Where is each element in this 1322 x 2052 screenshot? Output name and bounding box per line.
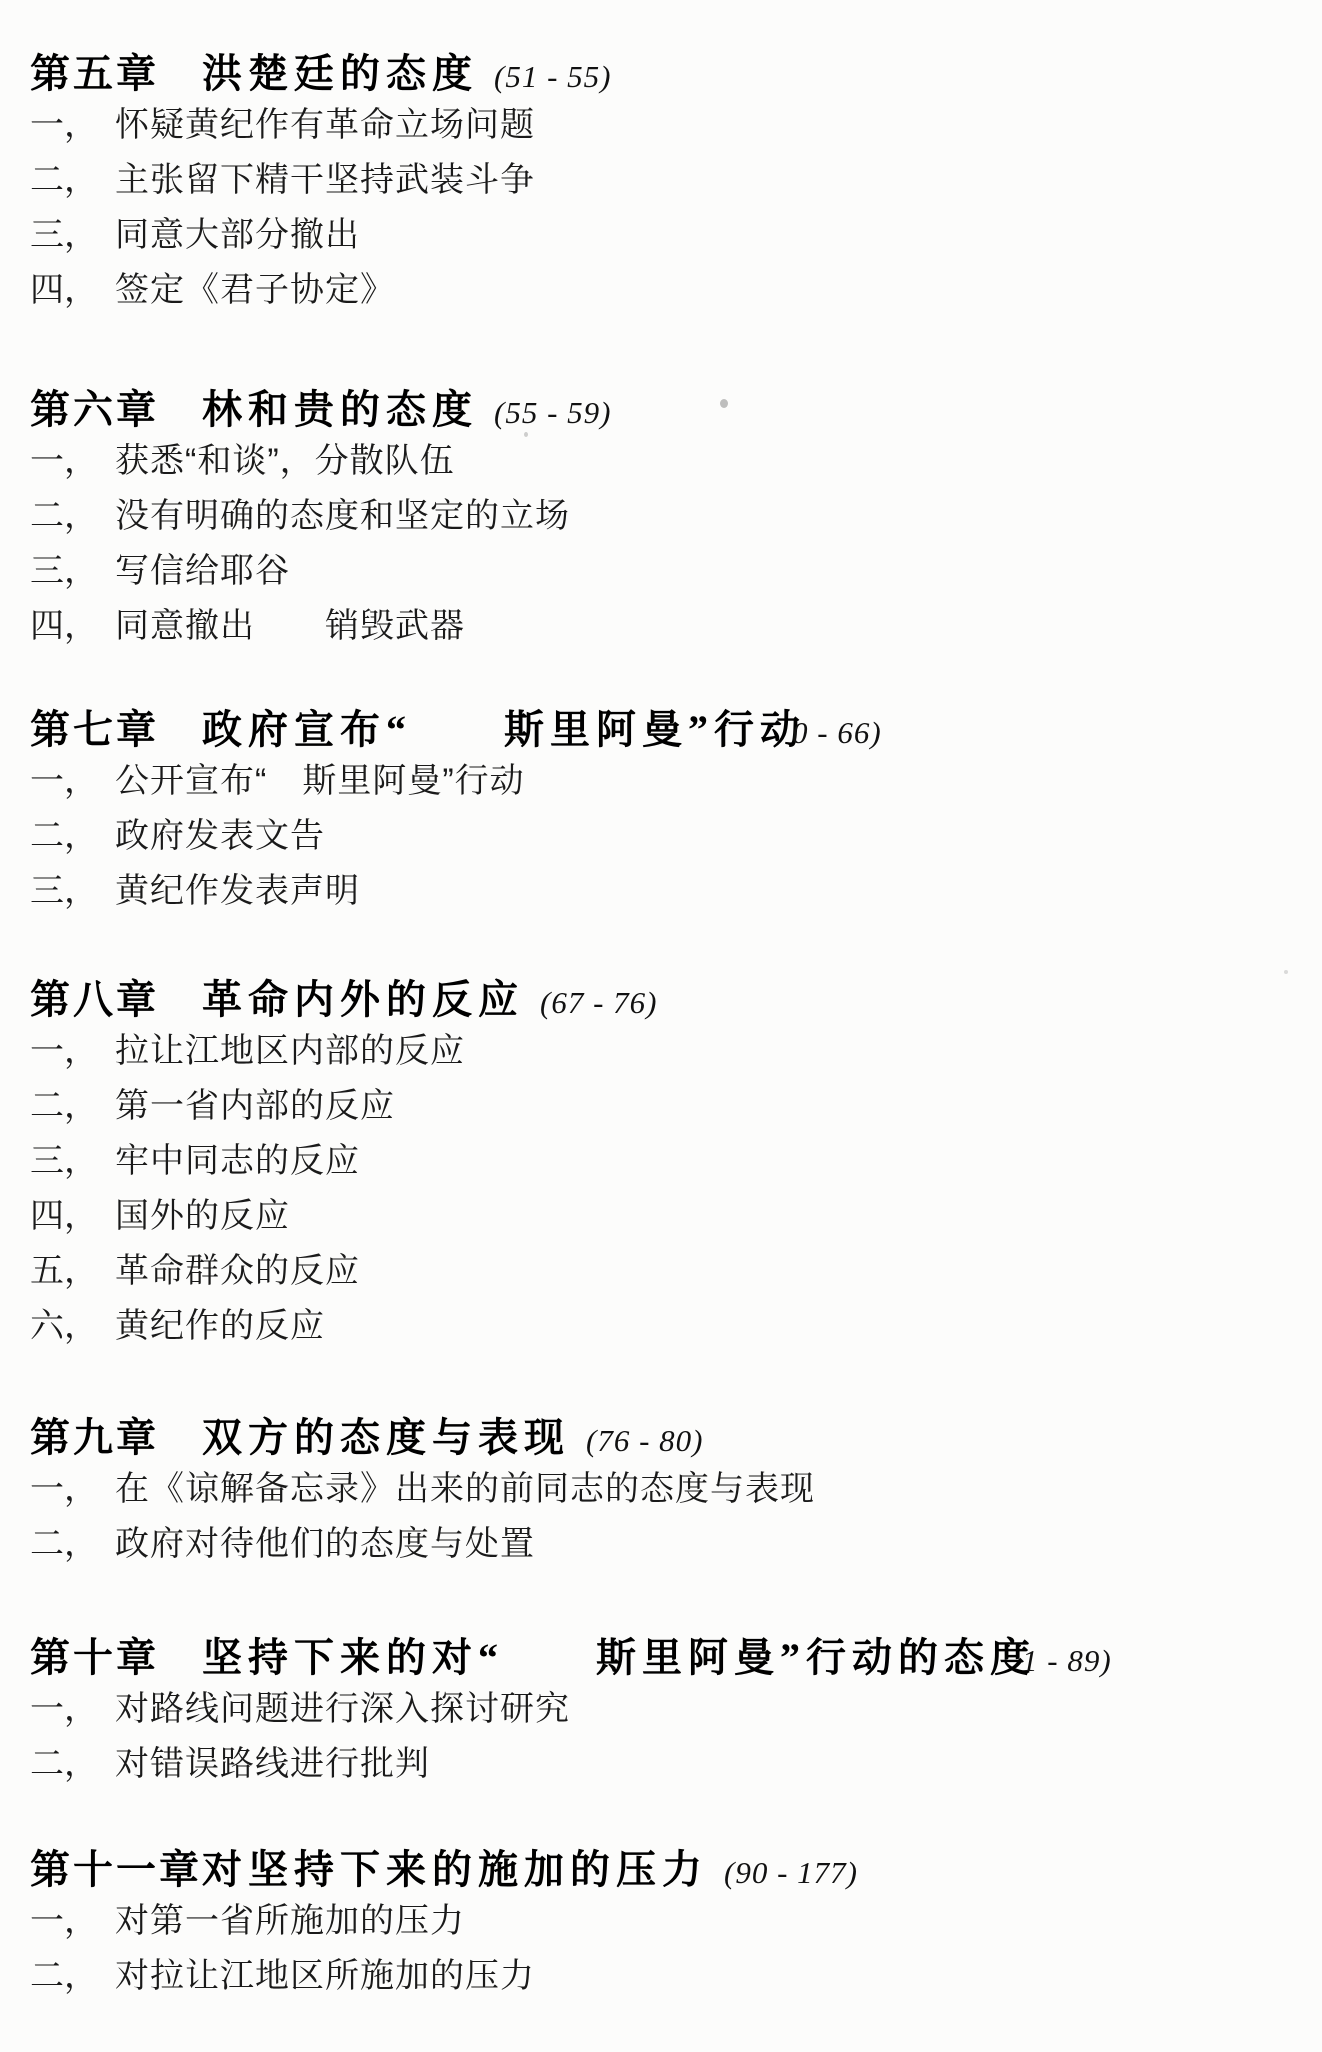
toc-item-number: 一， [30, 98, 115, 153]
toc-item-number: 六， [30, 1299, 115, 1354]
chapter-heading: 第七章 政府宣布“ 斯里阿曼”行动 0 - 66) [30, 698, 1312, 754]
chapter-heading: 第八章 革命内外的反应 (67 - 76) [30, 968, 1312, 1024]
toc-item-number: 二， [30, 153, 115, 208]
toc-item: 三， 黄纪作发表声明 [30, 864, 1312, 919]
toc-page: 第五章 洪楚廷的态度 (51 - 55) 一， 怀疑黄纪作有革命立场问题 二， … [0, 0, 1322, 2052]
toc-item: 一， 拉让江地区内部的反应 [30, 1024, 1312, 1079]
toc-item-number: 一， [30, 1682, 115, 1737]
toc-item-text: 在《谅解备忘录》出来的前同志的态度与表现 [115, 1462, 815, 1517]
chapter-title: 政府宣布“ 斯里阿曼”行动 [202, 698, 806, 755]
toc-item: 二， 第一省内部的反应 [30, 1079, 1312, 1134]
chapter-item-list: 一， 在《谅解备忘录》出来的前同志的态度与表现 二， 政府对待他们的态度与处置 [30, 1462, 1312, 1572]
toc-item-number: 二， [30, 1737, 115, 1792]
toc-item-text: 没有明确的态度和坚定的立场 [115, 489, 570, 544]
toc-item-number: 二， [30, 1079, 115, 1134]
toc-item-number: 一， [30, 434, 115, 489]
chapter-item-list: 一， 获悉“和谈”，分散队伍 二， 没有明确的态度和坚定的立场 三， 写信给耶谷… [30, 434, 1312, 654]
chapter-number: 第九章 [30, 1406, 202, 1463]
toc-item-number: 一， [30, 754, 115, 809]
toc-chapter: 第七章 政府宣布“ 斯里阿曼”行动 0 - 66) 一， 公开宣布“ 斯里阿曼”… [30, 698, 1312, 919]
toc-item: 二， 政府发表文告 [30, 809, 1312, 864]
toc-item: 六， 黄纪作的反应 [30, 1299, 1312, 1354]
toc-item-text: 革命群众的反应 [115, 1244, 360, 1299]
toc-chapter: 第八章 革命内外的反应 (67 - 76) 一， 拉让江地区内部的反应 二， 第… [30, 968, 1312, 1354]
chapter-title: 革命内外的反应 [202, 968, 524, 1025]
toc-chapter: 第十一章 对坚持下来的施加的压力 (90 - 177) 一， 对第一省所施加的压… [30, 1838, 1312, 2004]
toc-item: 四， 国外的反应 [30, 1189, 1312, 1244]
toc-item-number: 三， [30, 1134, 115, 1189]
toc-item-text: 黄纪作发表声明 [115, 864, 360, 919]
toc-item: 五， 革命群众的反应 [30, 1244, 1312, 1299]
toc-item-text: 同意大部分撤出 [115, 208, 360, 263]
chapter-page-range: (90 - 177) [724, 1855, 858, 1891]
toc-item: 二， 没有明确的态度和坚定的立场 [30, 489, 1312, 544]
chapter-title: 林和贵的态度 [202, 378, 478, 435]
toc-item-number: 四， [30, 1189, 115, 1244]
chapter-item-list: 一， 公开宣布“ 斯里阿曼”行动 二， 政府发表文告 三， 黄纪作发表声明 [30, 754, 1312, 919]
chapter-number: 第七章 [30, 698, 202, 755]
toc-item-text: 对错误路线进行批判 [115, 1737, 430, 1792]
toc-item-text: 写信给耶谷 [115, 544, 290, 599]
toc-item: 四， 同意撤出 销毁武器 [30, 599, 1312, 654]
toc-chapter: 第九章 双方的态度与表现 (76 - 80) 一， 在《谅解备忘录》出来的前同志… [30, 1406, 1312, 1572]
chapter-page-range: (55 - 59) [494, 395, 611, 431]
toc-item-number: 一， [30, 1024, 115, 1079]
toc-item-number: 四， [30, 263, 115, 318]
toc-item-text: 签定《君子协定》 [115, 263, 395, 318]
toc-item: 二， 政府对待他们的态度与处置 [30, 1517, 1312, 1572]
toc-item-number: 二， [30, 489, 115, 544]
chapter-heading: 第十章 坚持下来的对“ 斯里阿曼”行动的态度 1 - 89) [30, 1626, 1312, 1682]
chapter-number: 第十一章 [30, 1838, 202, 1895]
chapter-title: 洪楚廷的态度 [202, 42, 478, 99]
toc-item-text: 同意撤出 销毁武器 [115, 599, 465, 654]
chapter-title: 双方的态度与表现 [202, 1406, 570, 1463]
toc-item: 一， 在《谅解备忘录》出来的前同志的态度与表现 [30, 1462, 1312, 1517]
toc-item: 三， 牢中同志的反应 [30, 1134, 1312, 1189]
toc-chapter: 第五章 洪楚廷的态度 (51 - 55) 一， 怀疑黄纪作有革命立场问题 二， … [30, 42, 1312, 318]
chapter-number: 第八章 [30, 968, 202, 1025]
toc-item: 一， 对第一省所施加的压力 [30, 1894, 1312, 1949]
chapter-item-list: 一， 对路线问题进行深入探讨研究 二， 对错误路线进行批判 [30, 1682, 1312, 1792]
toc-item: 二， 主张留下精干坚持武装斗争 [30, 153, 1312, 208]
toc-item-text: 第一省内部的反应 [115, 1079, 395, 1134]
toc-item-text: 获悉“和谈”，分散队伍 [115, 434, 455, 489]
toc-item-number: 一， [30, 1462, 115, 1517]
toc-item: 一， 获悉“和谈”，分散队伍 [30, 434, 1312, 489]
chapter-item-list: 一， 对第一省所施加的压力 二， 对拉让江地区所施加的压力 [30, 1894, 1312, 2004]
toc-item: 三， 写信给耶谷 [30, 544, 1312, 599]
toc-item-number: 三， [30, 864, 115, 919]
chapter-number: 第六章 [30, 378, 202, 435]
toc-item-text: 对路线问题进行深入探讨研究 [115, 1682, 570, 1737]
chapter-title: 对坚持下来的施加的压力 [202, 1838, 708, 1895]
toc-chapter: 第十章 坚持下来的对“ 斯里阿曼”行动的态度 1 - 89) 一， 对路线问题进… [30, 1626, 1312, 1792]
toc-item-number: 五， [30, 1244, 115, 1299]
chapter-title: 坚持下来的对“ 斯里阿曼”行动的态度 [202, 1626, 1036, 1683]
toc-item-text: 主张留下精干坚持武装斗争 [115, 153, 535, 208]
toc-item-text: 对第一省所施加的压力 [115, 1894, 465, 1949]
chapter-heading: 第十一章 对坚持下来的施加的压力 (90 - 177) [30, 1838, 1312, 1894]
chapter-number: 第十章 [30, 1626, 202, 1683]
toc-item: 三， 同意大部分撤出 [30, 208, 1312, 263]
toc-item-text: 对拉让江地区所施加的压力 [115, 1949, 535, 2004]
toc-item-text: 政府发表文告 [115, 809, 325, 864]
chapter-heading: 第五章 洪楚廷的态度 (51 - 55) [30, 42, 1312, 98]
toc-item-number: 二， [30, 1949, 115, 2004]
toc-item-number: 一， [30, 1894, 115, 1949]
toc-item: 二， 对拉让江地区所施加的压力 [30, 1949, 1312, 2004]
toc-item-text: 公开宣布“ 斯里阿曼”行动 [115, 754, 525, 809]
toc-item-text: 黄纪作的反应 [115, 1299, 325, 1354]
toc-item: 二， 对错误路线进行批判 [30, 1737, 1312, 1792]
chapter-page-range: 0 - 66) [792, 715, 882, 751]
chapter-item-list: 一， 拉让江地区内部的反应 二， 第一省内部的反应 三， 牢中同志的反应 四， … [30, 1024, 1312, 1354]
toc-item-text: 国外的反应 [115, 1189, 290, 1244]
toc-chapter: 第六章 林和贵的态度 (55 - 59) 一， 获悉“和谈”，分散队伍 二， 没… [30, 378, 1312, 654]
toc-item-number: 三， [30, 544, 115, 599]
chapter-number: 第五章 [30, 42, 202, 99]
chapter-item-list: 一， 怀疑黄纪作有革命立场问题 二， 主张留下精干坚持武装斗争 三， 同意大部分… [30, 98, 1312, 318]
chapter-page-range: (76 - 80) [586, 1423, 703, 1459]
chapter-heading: 第六章 林和贵的态度 (55 - 59) [30, 378, 1312, 434]
toc-item: 一， 对路线问题进行深入探讨研究 [30, 1682, 1312, 1737]
toc-item-text: 牢中同志的反应 [115, 1134, 360, 1189]
toc-item-number: 二， [30, 1517, 115, 1572]
toc-item-text: 政府对待他们的态度与处置 [115, 1517, 535, 1572]
toc-item: 一， 怀疑黄纪作有革命立场问题 [30, 98, 1312, 153]
toc-item-number: 三， [30, 208, 115, 263]
chapter-page-range: 1 - 89) [1022, 1643, 1112, 1679]
chapter-page-range: (67 - 76) [540, 985, 657, 1021]
toc-item: 四， 签定《君子协定》 [30, 263, 1312, 318]
chapter-page-range: (51 - 55) [494, 59, 611, 95]
toc-item: 一， 公开宣布“ 斯里阿曼”行动 [30, 754, 1312, 809]
toc-item-text: 怀疑黄纪作有革命立场问题 [115, 98, 535, 153]
toc-item-text: 拉让江地区内部的反应 [115, 1024, 465, 1079]
toc-item-number: 二， [30, 809, 115, 864]
toc-item-number: 四， [30, 599, 115, 654]
chapter-heading: 第九章 双方的态度与表现 (76 - 80) [30, 1406, 1312, 1462]
